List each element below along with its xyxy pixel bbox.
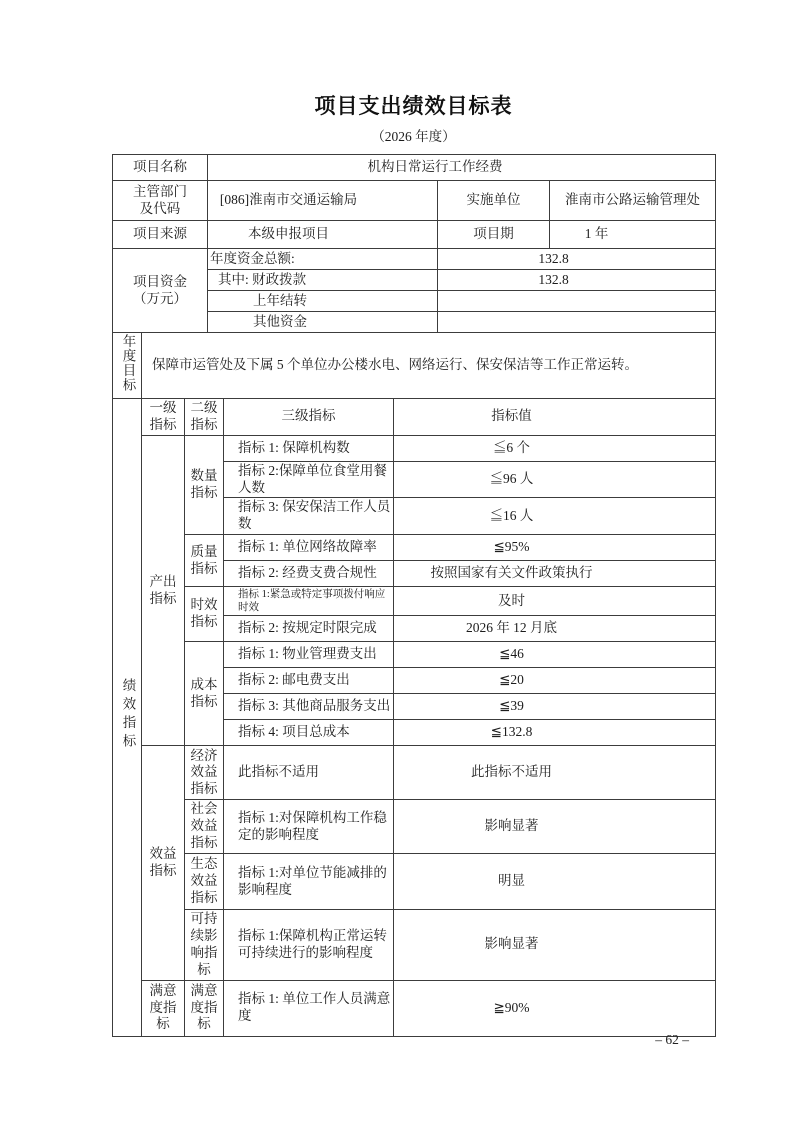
indicator-value: ≦39 (394, 694, 716, 720)
indicator-value: 2026 年 12 月底 (394, 616, 716, 642)
funding-carryover-value (438, 291, 716, 312)
indicator-name: 指标 2: 按规定时限完成 (224, 616, 394, 642)
funding-other-value (438, 312, 716, 333)
level2-timeliness: 时效指标 (185, 587, 224, 642)
indicator-value: 影响显著 (394, 800, 716, 854)
indicator-value: ≦46 (394, 642, 716, 668)
period-label: 项目期 (438, 221, 550, 249)
level2-quality: 质量指标 (185, 535, 224, 587)
funding-total-label: 年度资金总额: (208, 249, 438, 270)
table-row: 主管部门 及代码 [086]淮南市交通运输局 实施单位 淮南市公路运输管理处 (113, 181, 716, 221)
level2-sustainable: 可持续影响指标 (185, 910, 224, 981)
header-level1: 一级指标 (142, 398, 185, 435)
page-title: 项目支出绩效目标表 (112, 0, 715, 120)
source-value: 本级申报项目 (208, 221, 438, 249)
indicator-name: 指标 3: 保安保洁工作人员数 (224, 498, 394, 535)
indicator-name: 指标 1: 保障机构数 (224, 435, 394, 461)
indicator-value: ≦95% (394, 535, 716, 561)
table-row: 项目资金 （万元） 年度资金总额: 132.8 (113, 249, 716, 270)
indicator-value: 及时 (394, 587, 716, 616)
level2-quantity: 数量指标 (185, 435, 224, 535)
indicator-name: 指标 2:保障单位食堂用餐人数 (224, 461, 394, 498)
indicator-row: 产出指标 数量指标 指标 1: 保障机构数 ≦6 个 (113, 435, 716, 461)
impl-unit-value: 淮南市公路运输管理处 (550, 181, 716, 221)
indicator-row: 满意度指标 满意度指标 指标 1: 单位工作人员满意度 ≧90% (113, 980, 716, 1036)
page-number: – 62 – (655, 1032, 689, 1048)
indicators-side-label: 绩效指标 (113, 398, 142, 1036)
header-value: 指标值 (394, 398, 716, 435)
indicator-value: 影响显著 (394, 910, 716, 981)
level2-economic: 经济效益指标 (185, 746, 224, 800)
level2-ecological: 生态效益指标 (185, 854, 224, 910)
page-subtitle: （2026 年度） (112, 125, 715, 145)
annual-goal-side-label: 年度目标 (113, 333, 142, 399)
indicator-name: 指标 3: 其他商品服务支出 (224, 694, 394, 720)
funding-fiscal-value: 132.8 (438, 270, 716, 291)
period-value: 1 年 (550, 221, 716, 249)
indicator-name: 指标 1:对单位节能减排的影响程度 (224, 854, 394, 910)
indicator-name: 指标 2: 邮电费支出 (224, 668, 394, 694)
indicator-value: 按照国家有关文件政策执行 (394, 561, 716, 587)
dept-value: [086]淮南市交通运输局 (208, 181, 438, 221)
header-level2: 二级指标 (185, 398, 224, 435)
indicator-name: 指标 1: 单位工作人员满意度 (224, 980, 394, 1036)
indicator-value: 明显 (394, 854, 716, 910)
dept-label: 主管部门 及代码 (113, 181, 208, 221)
indicator-row: 成本指标 指标 1: 物业管理费支出 ≦46 (113, 642, 716, 668)
indicator-row: 可持续影响指标 指标 1:保障机构正常运转可持续进行的影响程度 影响显著 (113, 910, 716, 981)
header-level3: 三级指标 (224, 398, 394, 435)
indicator-name: 指标 1: 单位网络故障率 (224, 535, 394, 561)
level1-satisfaction: 满意度指标 (142, 980, 185, 1036)
document-page: 项目支出绩效目标表 （2026 年度） 项目名称 机构日常运行工作经费 主管部门… (112, 0, 715, 1037)
indicator-name: 此指标不适用 (224, 746, 394, 800)
indicator-name: 指标 2: 经费支费合规性 (224, 561, 394, 587)
indicator-name: 指标 4: 项目总成本 (224, 720, 394, 746)
impl-unit-label: 实施单位 (438, 181, 550, 221)
level2-social: 社会效益指标 (185, 800, 224, 854)
table-row: 项目名称 机构日常运行工作经费 (113, 155, 716, 181)
funding-other-label: 其他资金 (208, 312, 438, 333)
funding-fiscal-label: 其中: 财政拨款 (208, 270, 438, 291)
indicators-table: 绩效指标 一级指标 二级指标 三级指标 指标值 产出指标 数量指标 指标 1: … (112, 398, 716, 1037)
funding-carryover-label: 上年结转 (208, 291, 438, 312)
funding-total-value: 132.8 (438, 249, 716, 270)
level2-satisfaction: 满意度指标 (185, 980, 224, 1036)
annual-goal-text: 保障市运管处及下属 5 个单位办公楼水电、网络运行、保安保洁等工作正常运转。 (142, 333, 716, 399)
indicator-value: ≧90% (394, 980, 716, 1036)
indicator-value: 此指标不适用 (394, 746, 716, 800)
project-name-label: 项目名称 (113, 155, 208, 181)
table-row: 项目来源 本级申报项目 项目期 1 年 (113, 221, 716, 249)
indicator-value: ≦6 个 (394, 435, 716, 461)
annual-goal-table: 年度目标 保障市运管处及下属 5 个单位办公楼水电、网络运行、保安保洁等工作正常… (112, 332, 716, 399)
indicator-value: ≦96 人 (394, 461, 716, 498)
indicator-header-row: 绩效指标 一级指标 二级指标 三级指标 指标值 (113, 398, 716, 435)
level2-cost: 成本指标 (185, 642, 224, 746)
indicator-row: 效益指标 经济效益指标 此指标不适用 此指标不适用 (113, 746, 716, 800)
indicator-name: 指标 1:保障机构正常运转可持续进行的影响程度 (224, 910, 394, 981)
indicator-row: 生态效益指标 指标 1:对单位节能减排的影响程度 明显 (113, 854, 716, 910)
funding-label: 项目资金 （万元） (113, 249, 208, 333)
table-row: 年度目标 保障市运管处及下属 5 个单位办公楼水电、网络运行、保安保洁等工作正常… (113, 333, 716, 399)
project-info-table: 项目名称 机构日常运行工作经费 主管部门 及代码 [086]淮南市交通运输局 实… (112, 154, 716, 333)
indicator-name: 指标 1:紧急或特定事项拨付响应时效 (224, 587, 394, 616)
indicator-row: 社会效益指标 指标 1:对保障机构工作稳定的影响程度 影响显著 (113, 800, 716, 854)
level1-benefit: 效益指标 (142, 746, 185, 980)
indicator-value: ≦20 (394, 668, 716, 694)
indicator-name: 指标 1: 物业管理费支出 (224, 642, 394, 668)
indicator-row: 时效指标 指标 1:紧急或特定事项拨付响应时效 及时 (113, 587, 716, 616)
source-label: 项目来源 (113, 221, 208, 249)
indicator-value: ≦132.8 (394, 720, 716, 746)
indicator-name: 指标 1:对保障机构工作稳定的影响程度 (224, 800, 394, 854)
indicator-value: ≦16 人 (394, 498, 716, 535)
indicator-row: 质量指标 指标 1: 单位网络故障率 ≦95% (113, 535, 716, 561)
level1-output: 产出指标 (142, 435, 185, 746)
project-name-value: 机构日常运行工作经费 (208, 155, 716, 181)
